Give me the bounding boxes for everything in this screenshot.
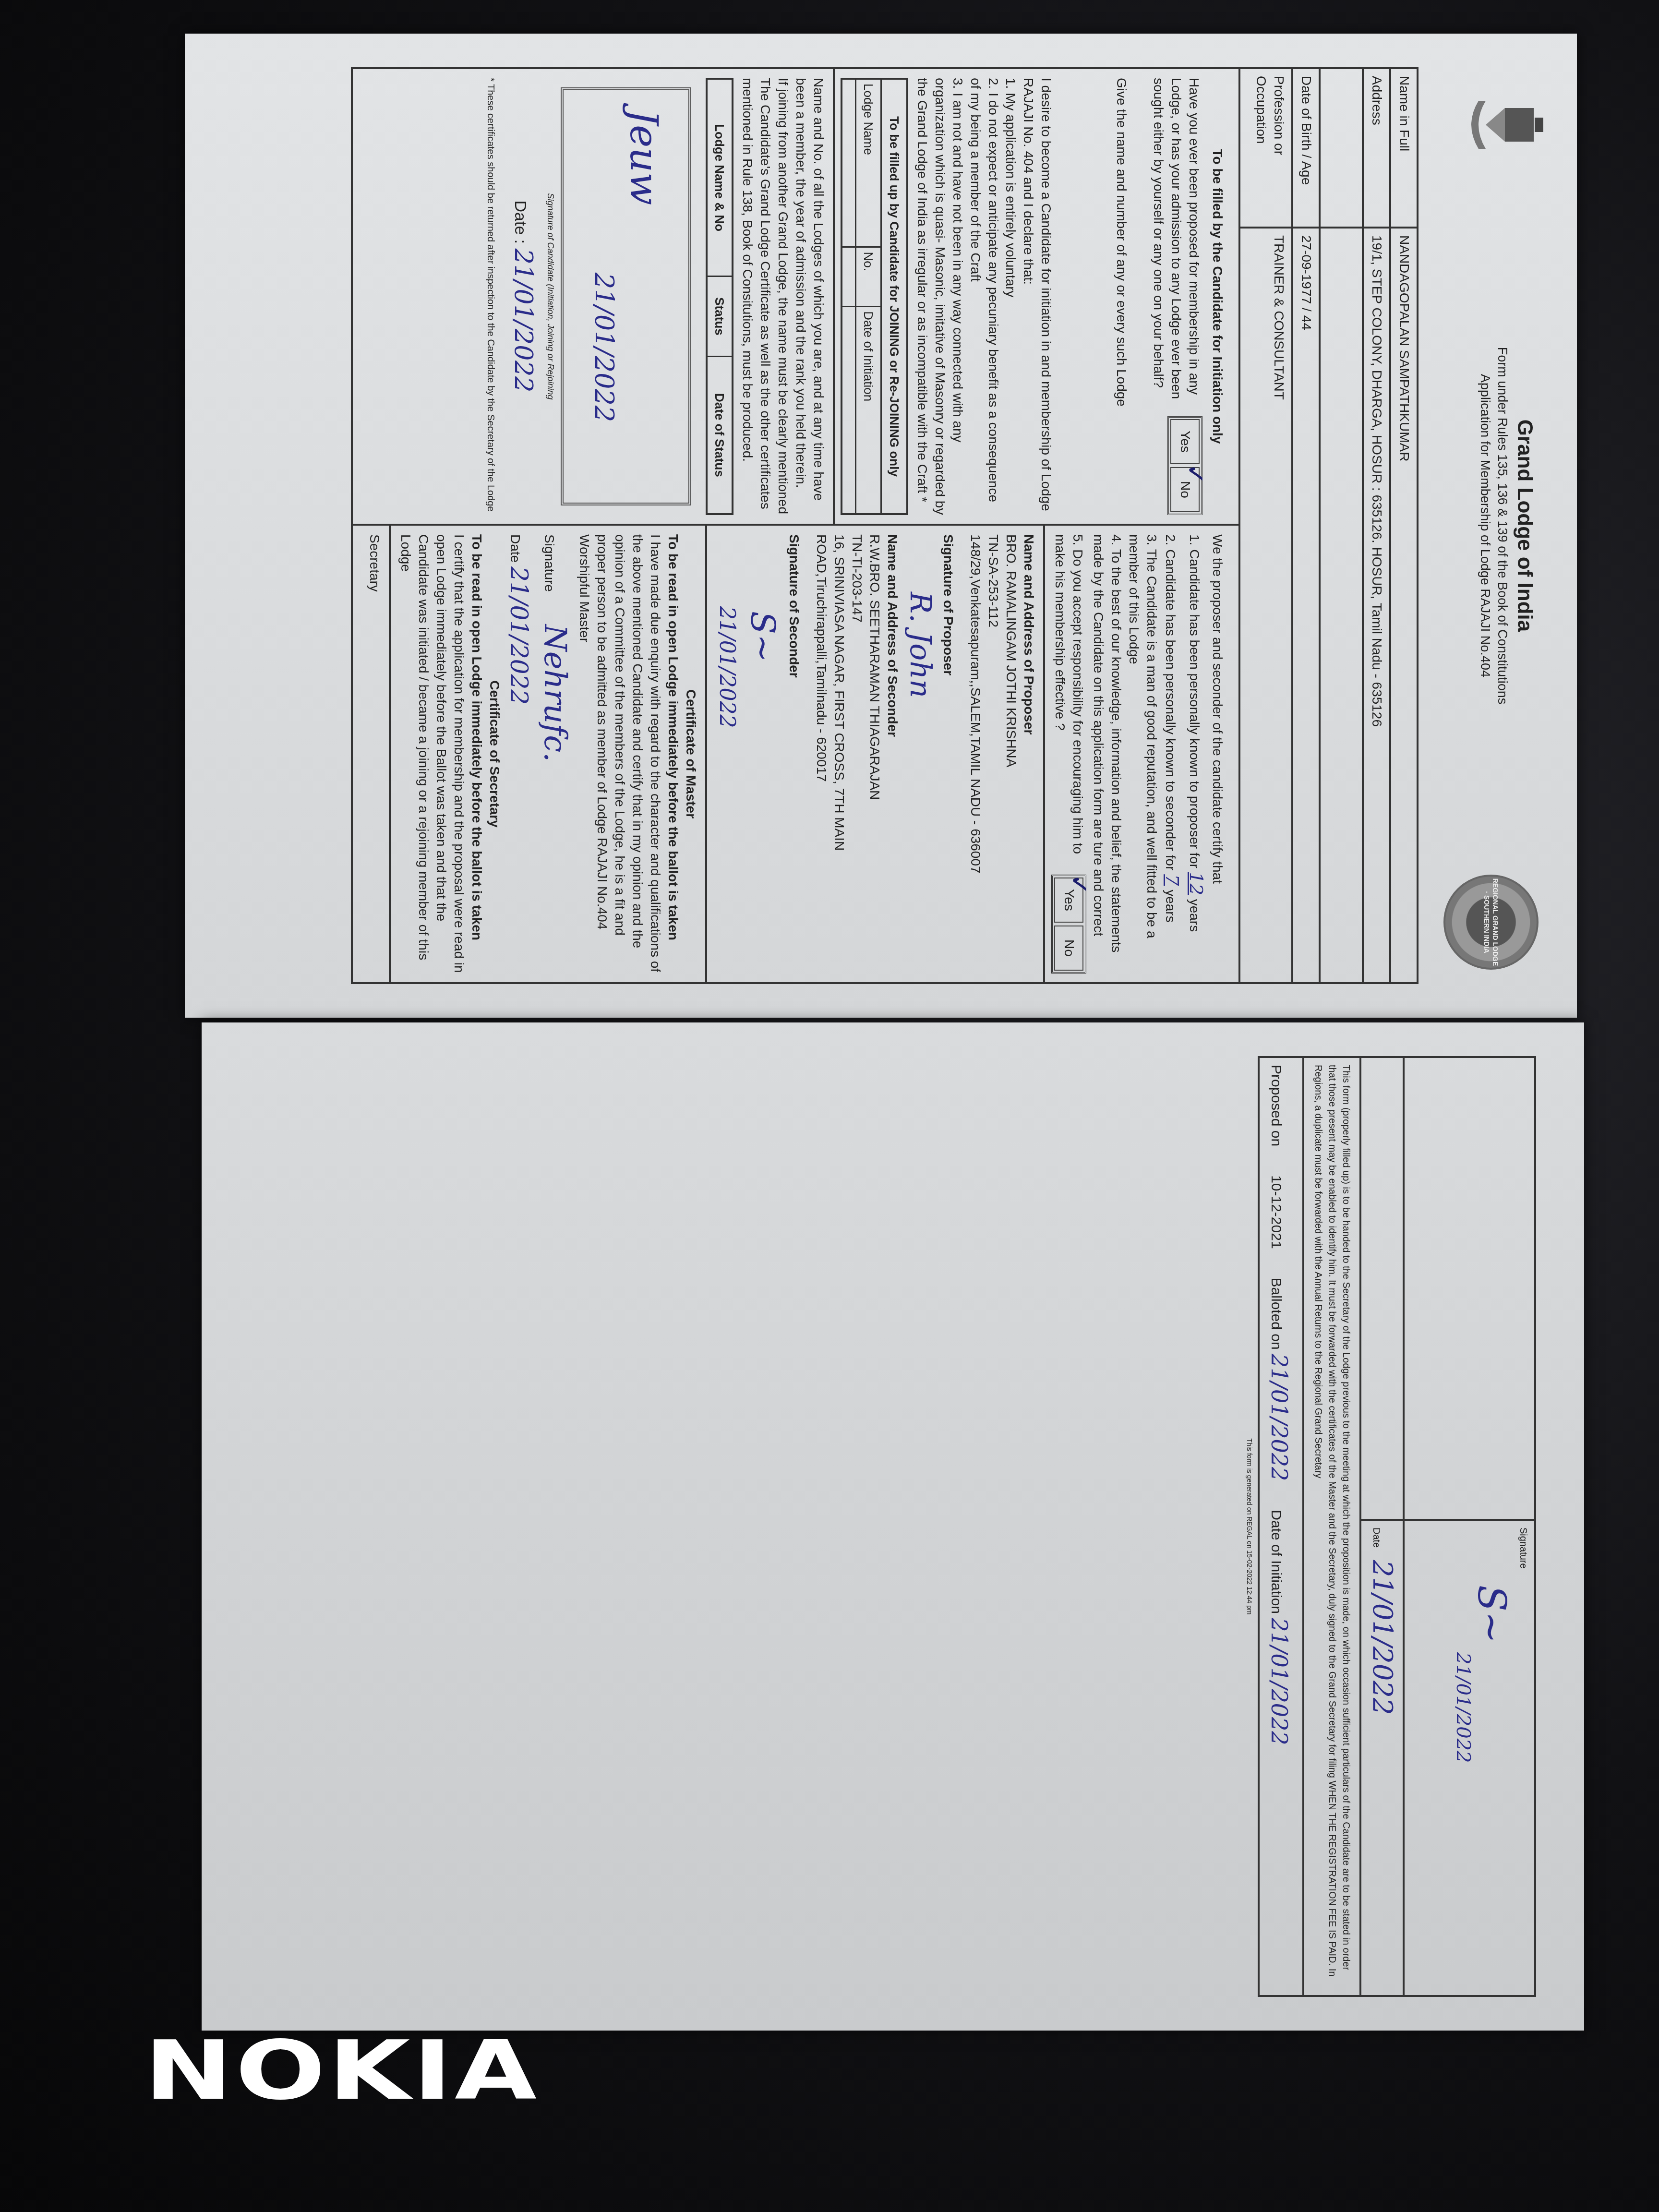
table-row: [1320, 68, 1363, 983]
candidate-occupation: TRAINER & CONSULTANT: [1239, 228, 1292, 983]
candidate-date: 21/01/2022: [509, 249, 538, 393]
candidate-dob: 27-09-1977 / 44: [1292, 228, 1320, 983]
option-yes: ✓Yes: [1054, 878, 1083, 923]
master-date: 21/01/2022: [505, 566, 533, 705]
joining-table: To be filled up by Candidate for JOINING…: [841, 78, 908, 515]
form-rules: Form under Rules 135, 136 & 139 of the B…: [1493, 67, 1511, 984]
candidate-name: NANDAGOPALAN SAMPATHKUMAR: [1390, 228, 1418, 983]
table-row: Address19/1, STEP COLONY, DHARGA, HOSUR …: [1363, 68, 1390, 983]
table-row: Profession or OccupationTRAINER & CONSUL…: [1239, 68, 1292, 983]
proposer-years: 12: [1186, 872, 1207, 895]
seconder-signature: S~: [741, 534, 785, 974]
declaration-intro: I desire to become a Candidate for initi…: [1019, 78, 1055, 515]
candidate-details-table: Name in FullNANDAGOPALAN SAMPATHKUMAR Ad…: [1238, 67, 1419, 984]
candidate-signature-box: Jeuw 21/01/2022: [561, 87, 691, 505]
form-header: Grand Lodge of India Form under Rules 13…: [1419, 67, 1548, 984]
candidate-address: 19/1, STEP COLONY, DHARGA, HOSUR : 63512…: [1363, 228, 1390, 983]
secretary-signature-box: Signature S~ 21/01/2022: [1403, 1056, 1536, 1997]
proposer-seconder-section: We the proposer and seconder of the cand…: [353, 526, 1238, 982]
proposed-date: 10-12-2021: [1267, 1175, 1286, 1249]
responsibility-yes-no: ✓Yes No: [1051, 875, 1086, 974]
status-table: Lodge Name & NoStatusDate of Status: [706, 78, 733, 515]
proposer-signature: R. John: [901, 534, 939, 974]
generated-note: This form is generated on REGAL on 15-02…: [1245, 1056, 1254, 1997]
balloted-date: 21/01/2022: [1266, 1354, 1292, 1481]
candidate-section: To be filled by the Candidate for Initia…: [353, 69, 1238, 526]
master-signature: Nehrufc.: [537, 625, 573, 762]
checkmark-icon: ✓: [1178, 463, 1202, 486]
instructions-note: This form (properly filled up) is to be …: [1302, 1056, 1359, 1997]
table-row: Date of Birth / Age27-09-1977 / 44: [1292, 68, 1320, 983]
form-title: Grand Lodge of India: [1511, 67, 1548, 984]
seconder-name: R.W.BRO. SEETHARAMAN THIAGARAJAN: [866, 534, 883, 974]
option-no: No: [1054, 926, 1083, 971]
registration-page: Signature S~ 21/01/2022 Date 21/01/2022 …: [202, 1022, 1584, 2031]
previous-proposal-yes-no: Yes ✓No: [1167, 416, 1202, 515]
grand-lodge-crest-icon: [1462, 96, 1543, 154]
seconder-years: 7: [1162, 874, 1183, 886]
regional-seal-icon: REGIONAL GRAND LODGE · SOUTHERN INDIA: [1443, 875, 1539, 970]
table-row: Name in FullNANDAGOPALAN SAMPATHKUMAR: [1390, 68, 1418, 983]
application-form-page: Grand Lodge of India Form under Rules 13…: [185, 34, 1577, 1018]
nokia-watermark: NOKIA: [144, 2023, 539, 2118]
option-yes: Yes: [1170, 419, 1200, 464]
option-no: ✓No: [1170, 467, 1200, 512]
proposer-name: BRO. RAMALINGAM JOTHI KRISHNA: [1002, 534, 1020, 974]
candidate-signature: Jeuw: [618, 109, 669, 205]
footnote: * These certificates should be returned …: [484, 78, 497, 515]
initiation-date: 21/01/2022: [1266, 1618, 1292, 1745]
ballot-dates-row: Proposed on 10-12-2021 Balloted on 21/01…: [1258, 1056, 1302, 1997]
application-line: Application for Membership of Lodge RAJA…: [1477, 67, 1494, 984]
checkmark-icon: ✓: [1061, 874, 1086, 896]
secretary-date: 21/01/2022: [1367, 1560, 1398, 1715]
previous-proposal-question: Have you ever been proposed for membersh…: [1151, 78, 1202, 399]
